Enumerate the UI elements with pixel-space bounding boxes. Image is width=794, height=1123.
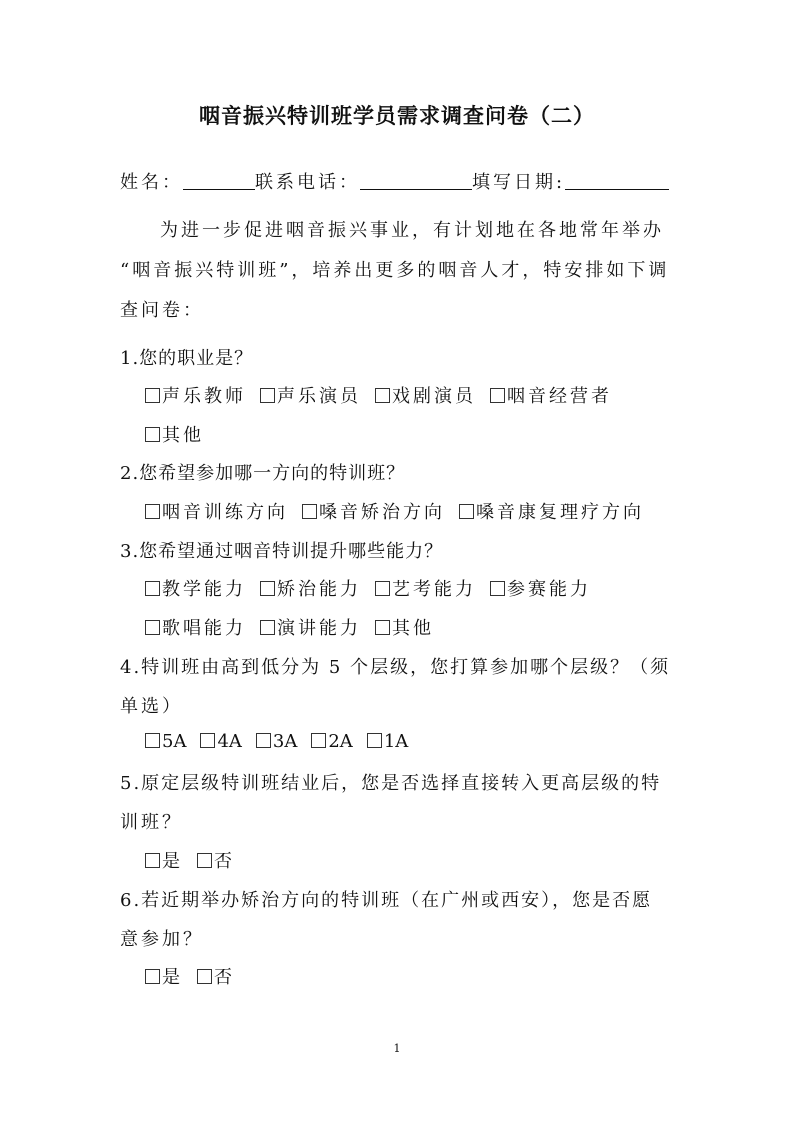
checkbox-icon[interactable] bbox=[302, 504, 317, 519]
q4-option[interactable]: 1A bbox=[367, 731, 408, 752]
checkbox-icon[interactable] bbox=[145, 581, 160, 596]
question-5-line1: 5.原定层级特训班结业后，您是否选择直接转入更高层级的特 bbox=[120, 769, 661, 795]
checkbox-icon[interactable] bbox=[145, 733, 160, 748]
q6-option-no[interactable]: 否 bbox=[197, 963, 235, 989]
checkbox-icon[interactable] bbox=[145, 620, 160, 635]
checkbox-icon[interactable] bbox=[375, 581, 390, 596]
phone-label: 联系电话： bbox=[255, 172, 360, 193]
q4-option[interactable]: 3A bbox=[256, 731, 297, 752]
date-label: 填写日期: bbox=[472, 172, 565, 193]
intro-line-3: 查问卷： bbox=[120, 296, 204, 322]
name-label: 姓名： bbox=[120, 172, 183, 193]
q5-option-yes[interactable]: 是 bbox=[145, 847, 183, 873]
checkbox-icon[interactable] bbox=[145, 504, 160, 519]
q6-options-row1: 是否 bbox=[145, 963, 249, 989]
document-title: 咽音振兴特训班学员需求调查问卷（二） bbox=[0, 100, 794, 130]
checkbox-icon[interactable] bbox=[145, 427, 160, 442]
page-number: 1 bbox=[0, 1042, 794, 1055]
checkbox-icon[interactable] bbox=[490, 581, 505, 596]
checkbox-icon[interactable] bbox=[256, 733, 271, 748]
q5-option-no[interactable]: 否 bbox=[197, 847, 235, 873]
q1-option[interactable]: 其他 bbox=[145, 421, 204, 447]
q3-options-row2: 歌唱能力演讲能力其他 bbox=[145, 614, 448, 640]
checkbox-icon[interactable] bbox=[260, 388, 275, 403]
q3-options-row1: 教学能力矫治能力艺考能力参赛能力 bbox=[145, 575, 605, 601]
checkbox-icon[interactable] bbox=[145, 969, 160, 984]
checkbox-icon[interactable] bbox=[200, 733, 215, 748]
question-1: 1.您的职业是？ bbox=[120, 344, 253, 370]
q1-option[interactable]: 声乐教师 bbox=[145, 382, 246, 408]
phone-blank[interactable] bbox=[360, 171, 472, 190]
q4-options-row1: 5A4A3A2A1A bbox=[145, 731, 422, 752]
q3-option[interactable]: 艺考能力 bbox=[375, 575, 476, 601]
question-6-line1: 6.若近期举办矫治方向的特训班（在广州或西安），您是否愿 bbox=[120, 886, 652, 912]
name-blank[interactable] bbox=[183, 171, 255, 190]
checkbox-icon[interactable] bbox=[459, 504, 474, 519]
date-blank[interactable] bbox=[565, 171, 669, 190]
q6-option-yes[interactable]: 是 bbox=[145, 963, 183, 989]
q2-option[interactable]: 嗓音康复理疗方向 bbox=[459, 498, 644, 524]
checkbox-icon[interactable] bbox=[260, 620, 275, 635]
q3-option[interactable]: 演讲能力 bbox=[260, 614, 361, 640]
checkbox-icon[interactable] bbox=[490, 388, 505, 403]
info-fields-row: 姓名：联系电话：填写日期: bbox=[120, 168, 669, 194]
q2-options-row1: 咽音训练方向嗓音矫治方向嗓音康复理疗方向 bbox=[145, 498, 658, 524]
q4-option[interactable]: 5A bbox=[145, 731, 186, 752]
checkbox-icon[interactable] bbox=[375, 388, 390, 403]
checkbox-icon[interactable] bbox=[197, 853, 212, 868]
q4-option[interactable]: 4A bbox=[200, 731, 241, 752]
intro-line-1: 为进一步促进咽音振兴事业，有计划地在各地常年举办 bbox=[160, 216, 664, 242]
q3-option[interactable]: 参赛能力 bbox=[490, 575, 591, 601]
checkbox-icon[interactable] bbox=[197, 969, 212, 984]
q3-option[interactable]: 其他 bbox=[375, 614, 434, 640]
question-4-line1: 4.特训班由高到低分为 5 个层级，您打算参加哪个层级？（须 bbox=[120, 653, 670, 679]
q1-option[interactable]: 戏剧演员 bbox=[375, 382, 476, 408]
question-3: 3.您希望通过咽音特训提升哪些能力？ bbox=[120, 537, 443, 563]
q5-options-row1: 是否 bbox=[145, 847, 249, 873]
question-4-line2: 单选） bbox=[120, 692, 183, 718]
q2-option[interactable]: 嗓音矫治方向 bbox=[302, 498, 445, 524]
q1-option[interactable]: 咽音经营者 bbox=[490, 382, 612, 408]
q3-option[interactable]: 教学能力 bbox=[145, 575, 246, 601]
checkbox-icon[interactable] bbox=[311, 733, 326, 748]
q3-option[interactable]: 矫治能力 bbox=[260, 575, 361, 601]
checkbox-icon[interactable] bbox=[260, 581, 275, 596]
question-5-line2: 训班？ bbox=[120, 808, 183, 834]
question-6-line2: 意参加？ bbox=[120, 925, 204, 951]
q1-options-row2: 其他 bbox=[145, 421, 218, 447]
checkbox-icon[interactable] bbox=[367, 733, 382, 748]
checkbox-icon[interactable] bbox=[145, 388, 160, 403]
q2-option[interactable]: 咽音训练方向 bbox=[145, 498, 288, 524]
q1-options-row1: 声乐教师声乐演员戏剧演员咽音经营者 bbox=[145, 382, 626, 408]
q1-option[interactable]: 声乐演员 bbox=[260, 382, 361, 408]
q3-option[interactable]: 歌唱能力 bbox=[145, 614, 246, 640]
q4-option[interactable]: 2A bbox=[311, 731, 352, 752]
checkbox-icon[interactable] bbox=[375, 620, 390, 635]
question-2: 2.您希望参加哪一方向的特训班？ bbox=[120, 459, 405, 485]
checkbox-icon[interactable] bbox=[145, 853, 160, 868]
intro-line-2: “咽音振兴特训班”，培养出更多的咽音人才，特安排如下调 bbox=[120, 256, 669, 282]
